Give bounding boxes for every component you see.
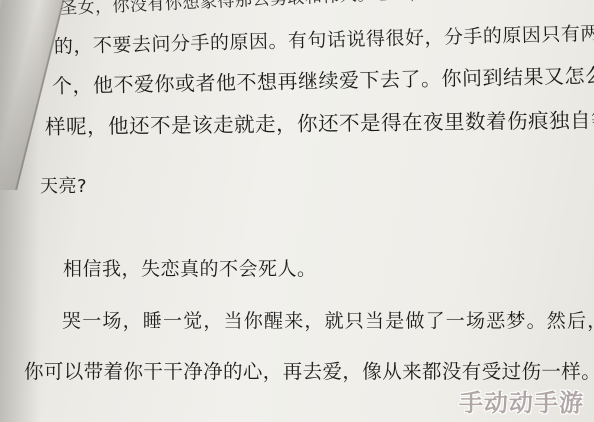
text-line-8: 你可以带着你干干净净的心，再去爱，像从来都没有受过伤一样。	[24, 356, 594, 384]
text-line-3: 个，他不爱你或者他不想再继续爱下去了。你问到结果又怎么	[52, 59, 594, 99]
text-line-6: 相信我，失恋真的不会死人。	[63, 254, 317, 281]
text-line-1: 圣女，你没有你想象得那么勇敢和伟大。总之，	[59, 0, 427, 19]
text-line-5: 天亮?	[40, 172, 87, 198]
text-line-4: 样呢，他还不是该走就走，你还不是得在夜里数着伤痕独自等到	[45, 103, 594, 140]
text-line-7: 哭一场，睡一觉，当你醒来，就只当是做了一场恶梦。然后，	[62, 306, 594, 333]
text-line-2: 的，不要去问分手的原因。有句话说得很好，分手的原因只有两	[54, 19, 594, 59]
book-page-photo: 圣女，你没有你想象得那么勇敢和伟大。总之， 的，不要去问分手的原因。有句话说得很…	[0, 0, 594, 422]
watermark-logo: 手动动手游	[459, 383, 584, 418]
